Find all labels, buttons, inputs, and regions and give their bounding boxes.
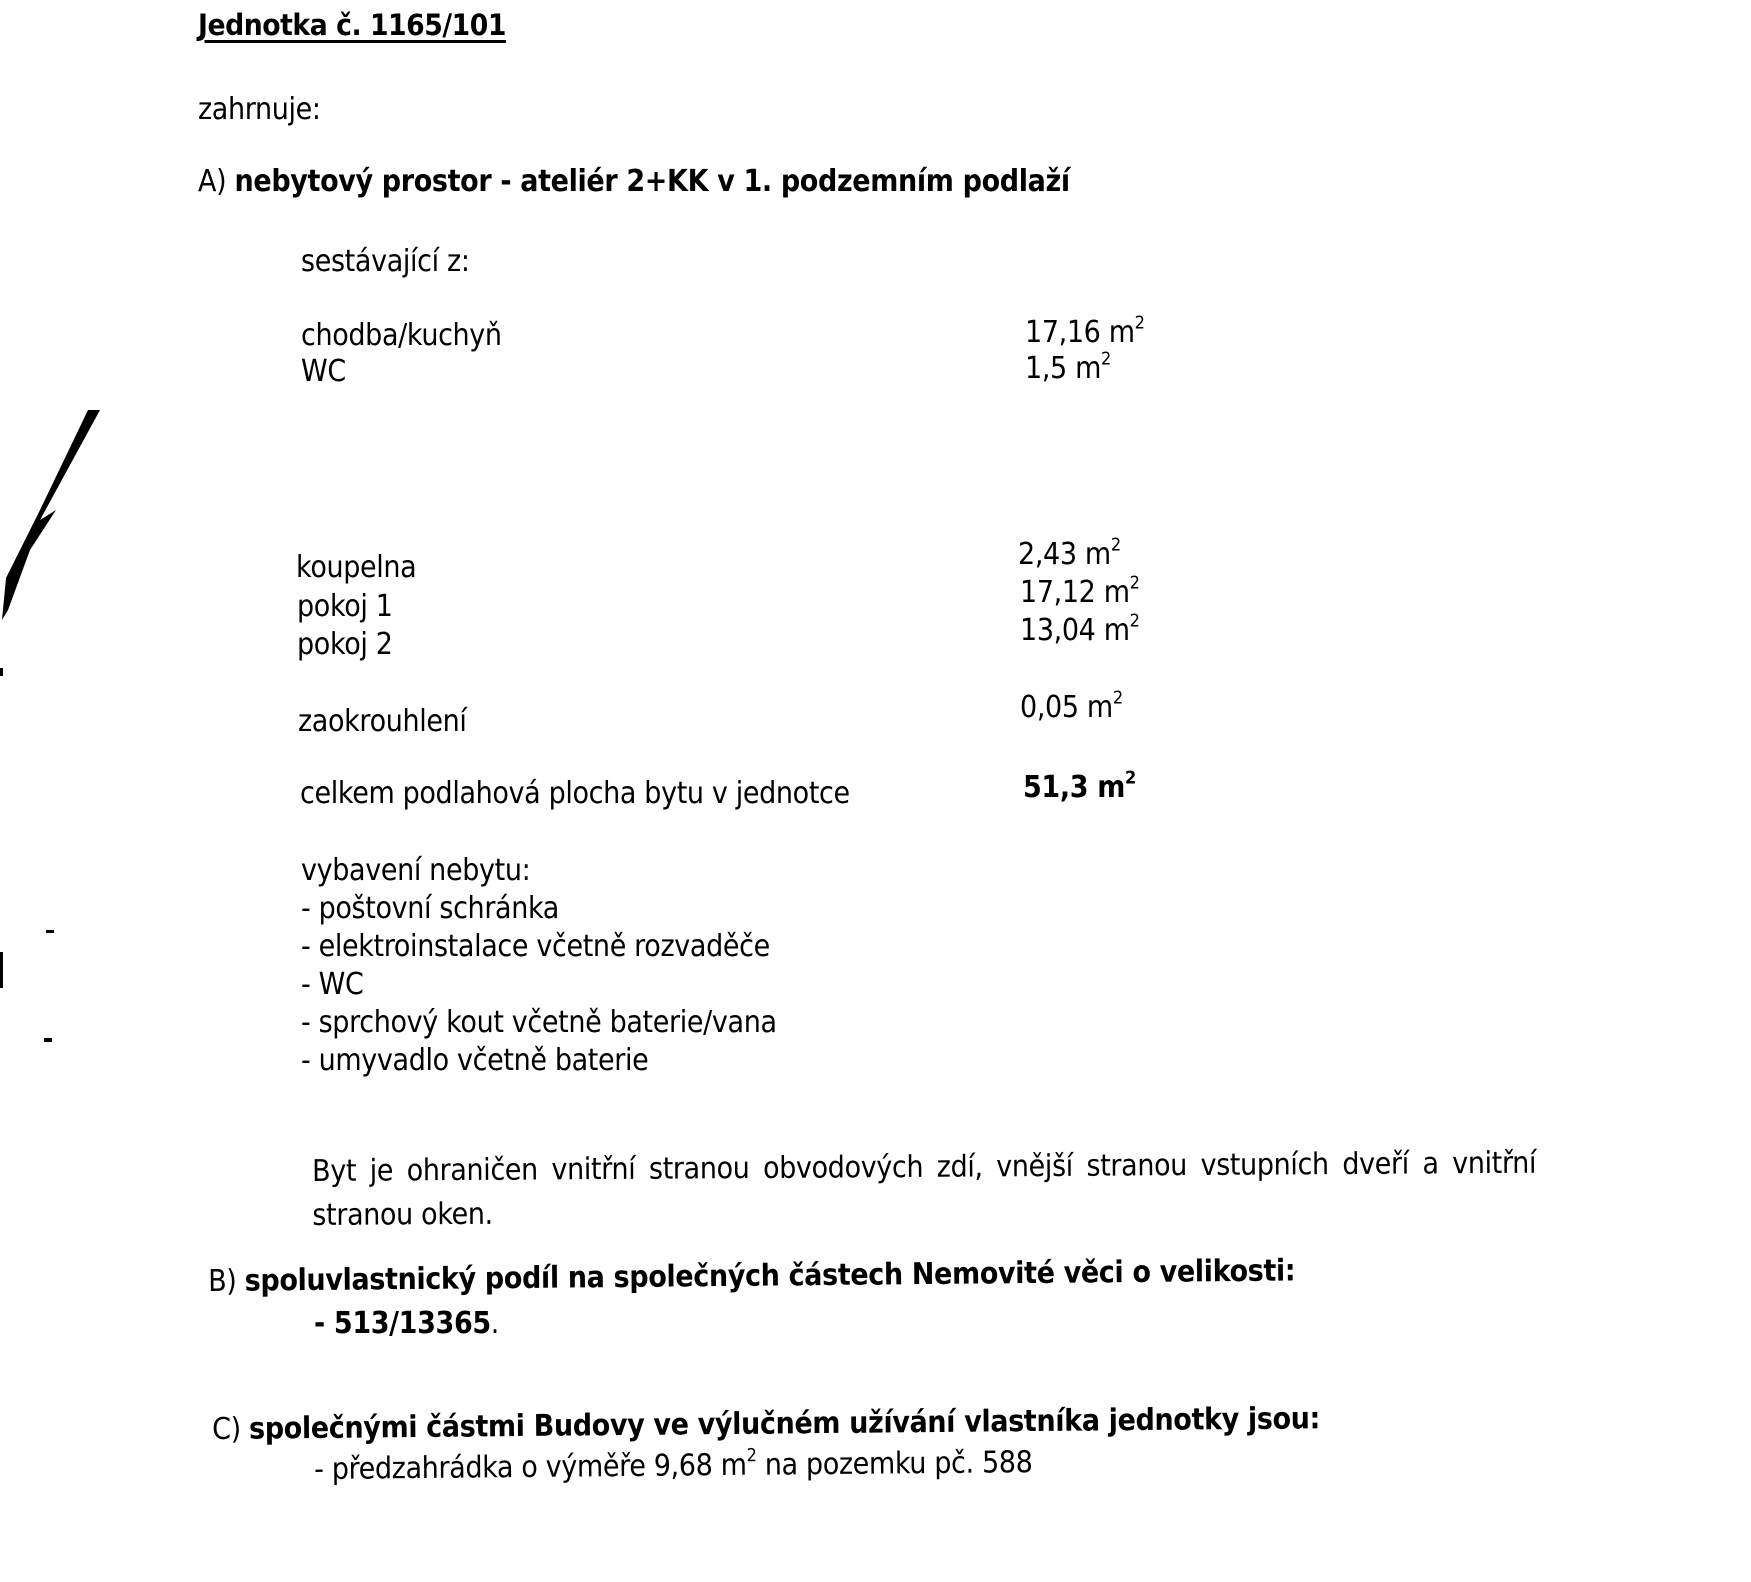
room-name: koupelna [296, 550, 416, 585]
rounding-area: 0,05 m2 [1020, 690, 1123, 725]
ownership-share: - 513/13365. [314, 1306, 499, 1341]
section-b-prefix: B) [208, 1264, 237, 1299]
section-c-title: společnými částmi Budovy ve výlučném uží… [249, 1401, 1320, 1446]
equipment-item: - umyvadlo včetně baterie [301, 1042, 777, 1080]
equipment-label: vybavení nebytu: [301, 852, 777, 890]
pen-stroke-mark [0, 410, 110, 690]
section-a-title: nebytový prostor - ateliér 2+KK v 1. pod… [235, 164, 1070, 199]
equipment-item: - elektroinstalace včetně rozvaděče [301, 928, 777, 966]
scan-speck [0, 952, 3, 988]
room-area: 13,04 m2 [1020, 613, 1140, 648]
intro-text: zahrnuje: [198, 92, 321, 127]
equipment-item: - WC [301, 966, 777, 1004]
front-garden-item: - předzahrádka o výměře 9,68 m2 na pozem… [314, 1445, 1033, 1487]
section-b-heading: B) spoluvlastnický podíl na společných č… [208, 1253, 1295, 1299]
room-area: 17,16 m2 [1025, 315, 1145, 350]
document-title: Jednotka č. 1165/101 [198, 8, 506, 42]
composed-of-label: sestávající z: [301, 244, 470, 279]
equipment-list: vybavení nebytu: - poštovní schránka - e… [301, 852, 777, 1080]
equipment-item: - sprchový kout včetně baterie/vana [301, 1004, 777, 1042]
scan-speck [46, 930, 54, 933]
room-area: 2,43 m2 [1018, 537, 1121, 572]
total-label: celkem podlahová plocha bytu v jednotce [300, 776, 850, 811]
section-c-prefix: C) [212, 1412, 241, 1447]
boundary-paragraph: Byt je ohraničen vnitřní stranou obvodov… [312, 1142, 1536, 1238]
equipment-item: - poštovní schránka [301, 890, 777, 928]
room-area: 1,5 m2 [1025, 351, 1111, 386]
section-a-prefix: A) [198, 164, 226, 199]
room-area: 17,12 m2 [1020, 575, 1140, 610]
room-name: pokoj 1 [297, 589, 393, 624]
section-a-heading: A) nebytový prostor - ateliér 2+KK v 1. … [198, 164, 1070, 199]
scan-speck [44, 1038, 52, 1042]
room-name: WC [301, 354, 346, 389]
section-b-title: spoluvlastnický podíl na společných část… [245, 1253, 1296, 1298]
room-name: pokoj 2 [297, 627, 393, 662]
scan-speck [0, 668, 3, 676]
total-area: 51,3 m2 [1023, 770, 1136, 805]
rounding-label: zaokrouhlení [298, 704, 467, 739]
section-c-heading: C) společnými částmi Budovy ve výlučném … [212, 1401, 1320, 1447]
room-name: chodba/kuchyň [301, 318, 502, 353]
